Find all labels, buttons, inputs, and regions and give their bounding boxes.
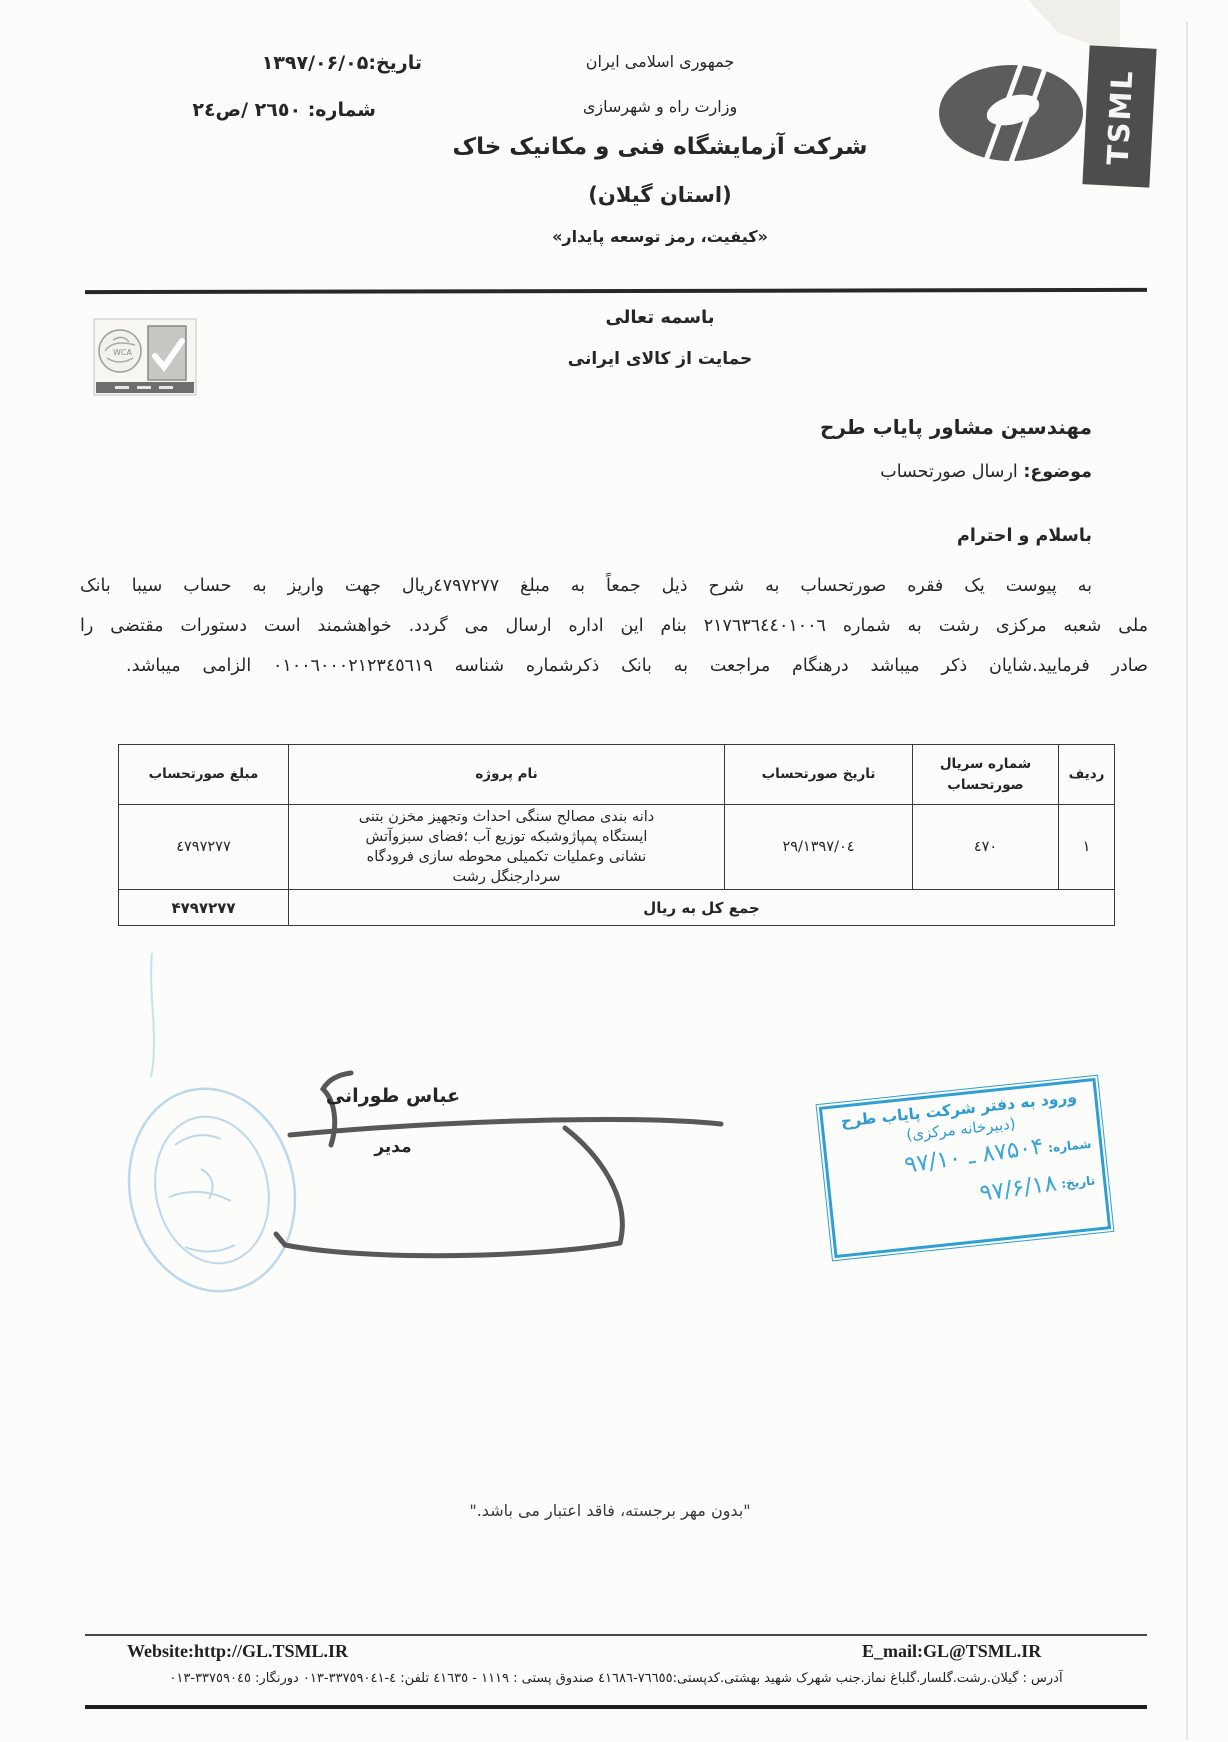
letter-number-value: ٢٦٥٠ /ص٢٤ <box>192 99 301 121</box>
cell-row-index: ۱ <box>1059 805 1115 890</box>
letter-date: تاریخ:۱۳۹۷/۰۶/۰۵ <box>160 52 422 74</box>
year-campaign-slogan: حمایت از کالای ایرانی <box>400 349 920 369</box>
col-header-serial: شماره سریال صورتحساب <box>913 745 1059 805</box>
letterhead-ministry: وزارت راه و شهرسازی <box>400 97 920 116</box>
letterhead-slogan: «کیفیت، رمز توسعه پایدار» <box>400 227 920 246</box>
letter-date-value: ۱۳۹۷/۰۶/۰۵ <box>262 52 369 74</box>
subject-value: ارسال صورتحساب <box>880 462 1023 482</box>
svg-text:WCA: WCA <box>113 348 132 357</box>
scan-vertical-line-artifact <box>1186 22 1188 1740</box>
footer-divider-top <box>85 1634 1147 1636</box>
cell-serial: ٤٧٠ <box>913 805 1059 890</box>
cell-invoice-amount: ٤٧٩٧٢٧٧ <box>119 805 289 890</box>
letterhead-country: جمهوری اسلامی ایران <box>400 52 920 71</box>
col-header-row-index: ردیف <box>1059 745 1115 805</box>
footer-email: E_mail:GL@TSML.IR <box>862 1641 1041 1662</box>
body-line-2: ملی شعبه مرکزی رشت به شماره ٢١٧٦٣٦٤٤٠١٠٠… <box>80 606 1148 646</box>
entry-stamp-date-value: ۹۷/۶/۱۸ <box>978 1170 1058 1207</box>
tsml-wordmark: TSML <box>1082 45 1156 187</box>
tsml-wordmark-text: TSML <box>1100 68 1139 166</box>
certification-badge-icon: WCA <box>93 318 197 396</box>
invoice-total-row: جمع کل به ریال ۴۷۹۷۲۷۷ <box>119 890 1115 926</box>
footer-divider-bottom <box>85 1705 1147 1709</box>
invocation: باسمه تعالی <box>400 307 920 328</box>
invoice-table: ردیف شماره سریال صورتحساب تاریخ صورتحساب… <box>118 744 1115 926</box>
salutation: باسلام و احترام <box>700 526 1092 546</box>
entry-stamp-number-label: شماره: <box>1047 1136 1091 1154</box>
tsml-logo-icon <box>933 57 1089 169</box>
col-header-invoice-date: تاریخ صورتحساب <box>725 745 913 805</box>
signatory-name: عباس طورانی <box>322 1085 464 1107</box>
letter-number-label: شماره: <box>308 99 376 121</box>
recipient-name: مهندسین مشاور پایاب طرح <box>700 415 1092 439</box>
entry-stamp: ورود به دفتر شرکت پایاب طرح (دبیرخانه مر… <box>819 1078 1111 1258</box>
faint-blue-round-stamp-icon <box>111 953 314 1307</box>
letterhead-province: (استان گیلان) <box>400 183 920 207</box>
scanned-letter-page: تاریخ:۱۳۹۷/۰۶/۰۵ شماره: ٢٦٥٠ /ص٢٤ جمهوری… <box>0 0 1228 1742</box>
body-line-1: به پیوست یک فقره صورتحساب به شرح ذیل جمع… <box>80 566 1148 606</box>
invoice-row: ۱ ٤٧٠ ۱۳۹۷/۰٤/۲۹ دانه بندی مصالح سنگی اح… <box>119 805 1115 890</box>
subject-label: موضوع: <box>1023 462 1092 482</box>
body-paragraph: به پیوست یک فقره صورتحساب به شرح ذیل جمع… <box>80 566 1148 686</box>
embossed-seal-disclaimer: "بدون مهر برجسته، فاقد اعتبار می باشد." <box>300 1501 920 1520</box>
invoice-table-header-row: ردیف شماره سریال صورتحساب تاریخ صورتحساب… <box>119 745 1115 805</box>
cell-project-name: دانه بندی مصالح سنگی احداث وتجهیز مخزن ب… <box>289 805 725 890</box>
col-header-invoice-amount: مبلغ صورتحساب <box>119 745 289 805</box>
subject-line: موضوع: ارسال صورتحساب <box>700 462 1092 482</box>
footer-website: Website:http://GL.TSML.IR <box>127 1641 348 1662</box>
body-line-3: صادر فرمایید.شایان ذکر میباشد درهنگام مر… <box>80 646 1148 686</box>
col-header-project-name: نام پروژه <box>289 745 725 805</box>
footer-address: آدرس : گیلان.رشت.گلسار.گلباغ نماز.جنب شه… <box>85 1671 1147 1686</box>
signature-and-round-stamp <box>105 945 745 1325</box>
entry-stamp-date-label: تاریخ: <box>1061 1173 1096 1190</box>
letter-number: شماره: ٢٦٥٠ /ص٢٤ <box>160 99 376 121</box>
total-amount-cell: ۴۷۹۷۲۷۷ <box>119 890 289 926</box>
header-divider <box>85 288 1147 294</box>
total-label-cell: جمع کل به ریال <box>289 890 1115 926</box>
letterhead-company-name: شرکت آزمایشگاه فنی و مکانیک خاک <box>400 134 920 160</box>
signatory-title: مدیر <box>322 1137 464 1157</box>
cell-invoice-date: ۱۳۹۷/۰٤/۲۹ <box>725 805 913 890</box>
